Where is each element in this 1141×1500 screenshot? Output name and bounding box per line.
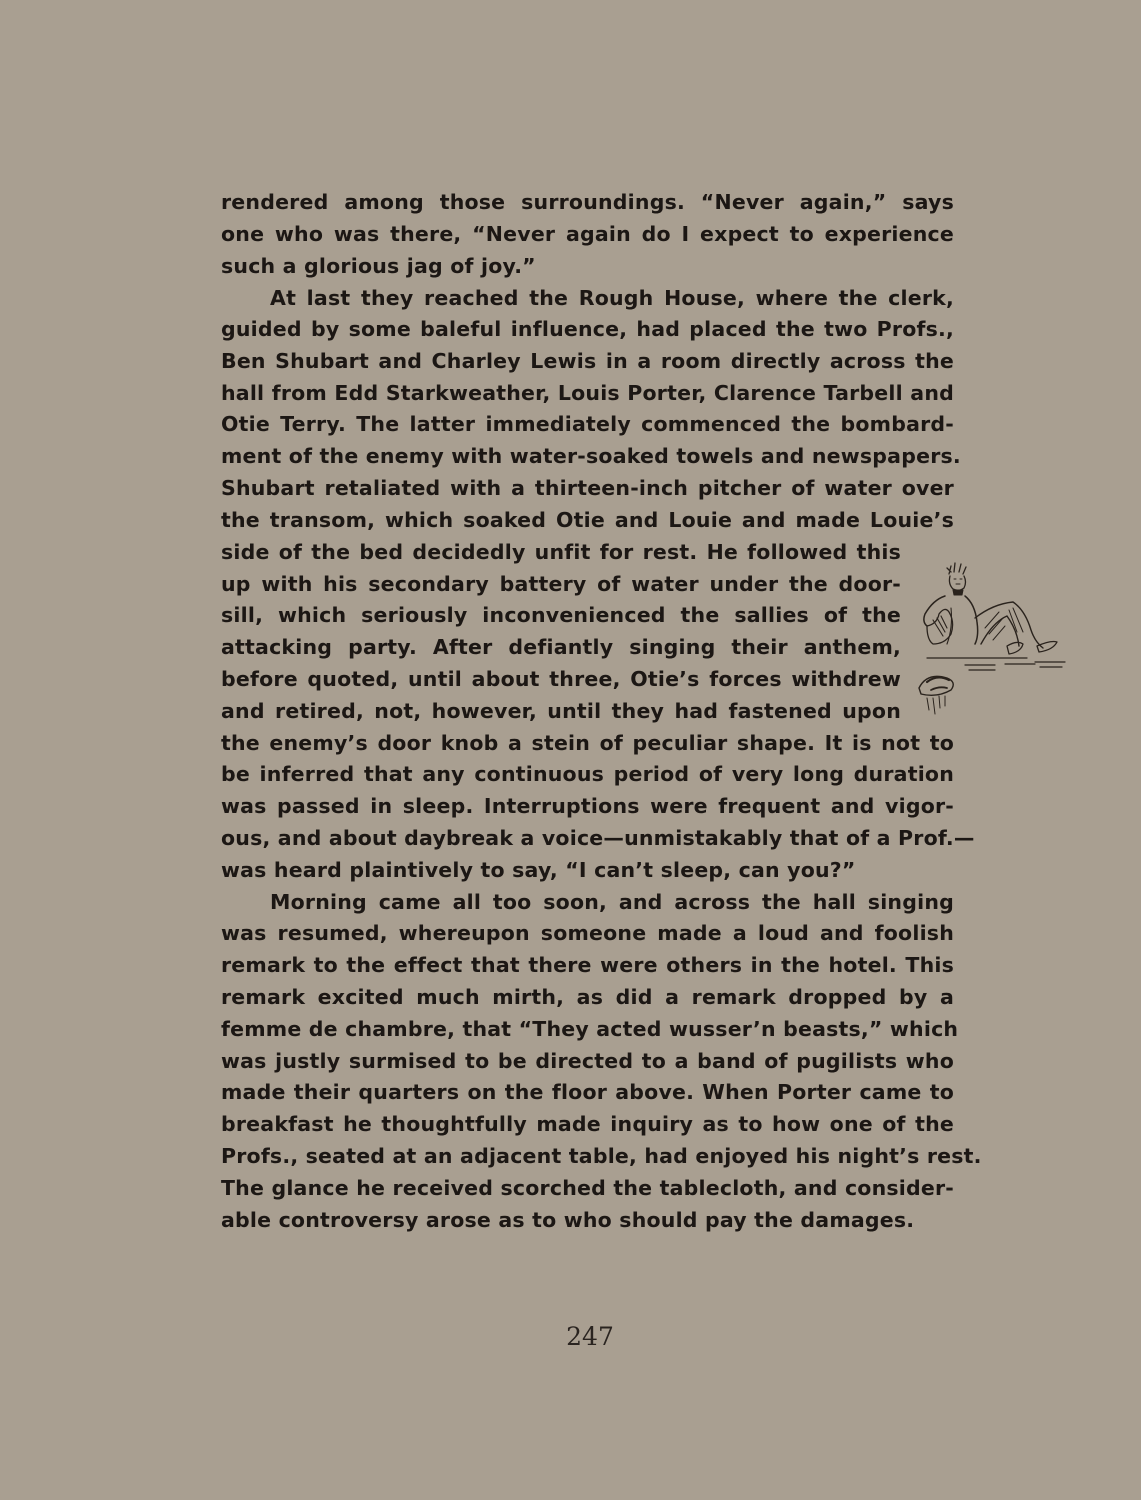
text-line: Profs., seated at an adjacent table, had… — [221, 1140, 954, 1172]
text-line: Otie Terry. The latter immediately comme… — [221, 408, 954, 440]
text-line: rendered among those surroundings. “Neve… — [221, 186, 954, 218]
text-line: guided by some baleful influence, had pl… — [221, 313, 954, 345]
sitting-man-illustration — [905, 548, 1070, 728]
text-line: was justly surmised to be directed to a … — [221, 1045, 954, 1077]
text-line: be inferred that any continuous period o… — [221, 758, 954, 790]
text-line: sill, which seriously inconvenienced the… — [221, 599, 901, 631]
text-line: Ben Shubart and Charley Lewis in a room … — [221, 345, 954, 377]
page-number: 247 — [0, 1322, 1141, 1351]
text-line: At last they reached the Rough House, wh… — [221, 282, 954, 314]
text-line: remark excited much mirth, as did a rema… — [221, 981, 954, 1013]
text-line: Shubart retaliated with a thirteen-inch … — [221, 472, 954, 504]
text-line: before quoted, until about three, Otie’s… — [221, 663, 901, 695]
text-line: femme de chambre, that “They acted wusse… — [221, 1013, 954, 1045]
text-line: one who was there, “Never again do I exp… — [221, 218, 954, 250]
text-line: made their quarters on the floor above. … — [221, 1076, 954, 1108]
text-line: the transom, which soaked Otie and Louie… — [221, 504, 954, 536]
text-line: was resumed, whereupon someone made a lo… — [221, 917, 954, 949]
text-line: ment of the enemy with water-soaked towe… — [221, 440, 954, 472]
text-line: hall from Edd Starkweather, Louis Porter… — [221, 377, 954, 409]
text-line: and retired, not, however, until they ha… — [221, 695, 901, 727]
text-line: was heard plaintively to say, “I can’t s… — [221, 854, 954, 886]
text-line: attacking party. After defiantly singing… — [221, 631, 901, 663]
text-line: the enemy’s door knob a stein of peculia… — [221, 727, 954, 759]
text-line: Morning came all too soon, and across th… — [221, 886, 954, 918]
text-line: breakfast he thoughtfully made inquiry a… — [221, 1108, 954, 1140]
text-line: such a glorious jag of joy.” — [221, 250, 954, 282]
text-line: up with his secondary battery of water u… — [221, 568, 901, 600]
text-line: was passed in sleep. Interruptions were … — [221, 790, 954, 822]
text-line: side of the bed decidedly unfit for rest… — [221, 536, 901, 568]
book-page: rendered among those surroundings. “Neve… — [0, 0, 1141, 1500]
text-line: The glance he received scorched the tabl… — [221, 1172, 954, 1204]
text-line: ous, and about daybreak a voice—unmistak… — [221, 822, 954, 854]
text-line: able controversy arose as to who should … — [221, 1204, 954, 1236]
text-line: remark to the effect that there were oth… — [221, 949, 954, 981]
